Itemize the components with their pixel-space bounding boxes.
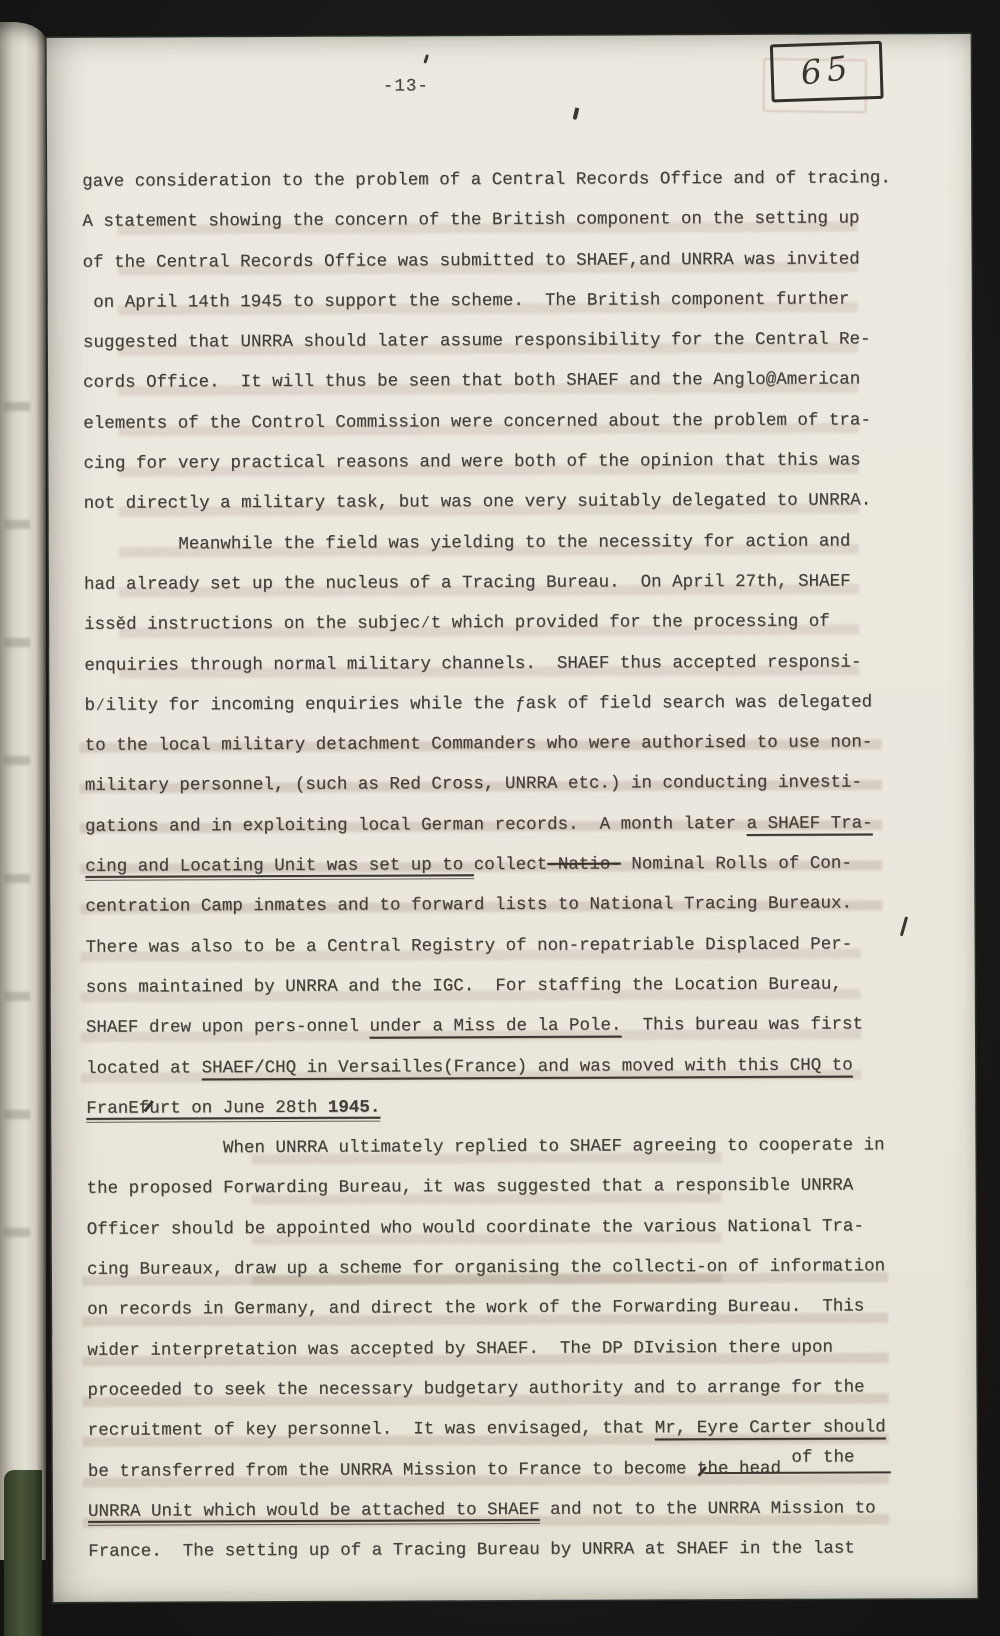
document-page: -13- 65 gave consideration to the proble… <box>47 34 978 1602</box>
text-segment: Mr, Eyre Carter should <box>655 1418 886 1439</box>
document-line: SHAEF drew upon pers-onnel under a Miss … <box>86 1004 966 1048</box>
text-segment: on April 14th 1945 to support the scheme… <box>83 289 850 312</box>
document-line: to the local military detachment Command… <box>85 722 965 766</box>
document-line: cords Office. It will thus be seen that … <box>83 360 963 404</box>
document-line: recruitment of key personnel. It was env… <box>88 1407 968 1451</box>
text-segment: enquiries through normal military channe… <box>84 652 861 675</box>
document-line: the proposed Forwarding Bureau, it was s… <box>87 1165 967 1209</box>
document-line: had already set up the nucleus of a Trac… <box>84 561 964 605</box>
text-segment: cords Office. It will thus be seen that … <box>83 370 860 393</box>
page-number: -13- <box>383 76 429 96</box>
text-segment: gations and in exploiting local German r… <box>85 814 747 837</box>
document-line: centration Camp inmates and to forward l… <box>85 883 965 927</box>
document-line: elements of the Control Commission were … <box>83 400 963 444</box>
text-segment: and not to the UNRRA Mission to <box>540 1498 876 1519</box>
text-segment: b⁄ility for incoming enquiries while the… <box>84 692 872 715</box>
text-segment: of the Central Records Office was submit… <box>83 249 860 272</box>
text-segment: Nominal Rolls of Con- <box>621 854 852 875</box>
text-segment: to the local military detachment Command… <box>85 733 873 756</box>
text-segment: Meanwhile the field was yielding to the … <box>84 531 851 554</box>
document-line: Meanwhile the field was yielding to the … <box>84 521 964 565</box>
text-segment: SHAEF/CHQ in Versailles(France) and was … <box>202 1055 853 1078</box>
text-segment: recruitment of key personnel. It was env… <box>88 1419 655 1441</box>
text-segment: elements of the Control Commission were … <box>83 410 871 433</box>
document-line: proceeded to seek the necessary budgetar… <box>87 1367 967 1411</box>
document-line: Officer should be appointed who would co… <box>87 1206 967 1250</box>
text-segment: 1945. <box>328 1097 381 1121</box>
text-segment: centration Camp inmates and to forward l… <box>85 894 852 917</box>
document-line: gations and in exploiting local German r… <box>85 803 965 847</box>
text-segment: France. The setting up of a Tracing Bure… <box>88 1539 855 1562</box>
book-cover-edge <box>4 1470 42 1636</box>
stray-mark <box>423 54 428 63</box>
text-segment: of the <box>791 1447 854 1467</box>
text-segment: issěd instructions on the subjec⁄t which… <box>84 612 830 635</box>
text-segment: A statement showing the concern of the B… <box>82 209 859 232</box>
text-segment: cing and Locating Unit was set up to <box>85 855 474 881</box>
document-line: wider interpretation was accepted by SHA… <box>87 1327 967 1371</box>
document-line: not directly a military task, but was on… <box>84 480 964 524</box>
text-segment: on records in Germany, and direct the wo… <box>87 1297 864 1320</box>
document-line: on records in Germany, and direct the wo… <box>87 1286 967 1330</box>
previous-page-bleed-rows <box>4 402 30 1302</box>
document-line: be transferred from the UNRRA Mission to… <box>88 1448 968 1492</box>
document-line: A statement showing the concern of the B… <box>82 198 962 242</box>
text-segment: -Natio- <box>547 855 621 875</box>
stray-mark <box>573 107 580 120</box>
document-line: cing for very practical reasons and were… <box>83 440 963 484</box>
typewritten-text: gave consideration to the problem of a C… <box>82 158 968 1572</box>
previous-page-edge <box>0 22 46 1560</box>
text-segment: wider interpretation was accepted by SHA… <box>87 1337 833 1360</box>
document-line: UNRRA Unit which would be attached to SH… <box>88 1488 968 1532</box>
text-segment: sons maintained by UNRRA and the IGC. Fo… <box>86 974 842 997</box>
text-segment: not directly a military task, but was on… <box>84 491 872 514</box>
document-line: on April 14th 1945 to support the scheme… <box>83 279 963 323</box>
text-segment: be transferred from the UNRRA Mission to… <box>88 1458 792 1481</box>
text-segment: gave consideration to the problem of a C… <box>82 168 891 192</box>
document-line: located at SHAEF/CHQ in Versailles(Franc… <box>86 1045 966 1089</box>
text-segment: located at <box>86 1058 202 1079</box>
document-line: of the Central Records Office was submit… <box>82 239 962 283</box>
text-segment: the proposed Forwarding Bureau, it was s… <box>87 1176 854 1199</box>
document-line: suggested that UNRRA should later assume… <box>83 319 963 363</box>
document-line: cing Bureaux, draw up a scheme for organ… <box>87 1246 967 1290</box>
text-segment: Officer should be appointed who would co… <box>87 1216 864 1239</box>
document-line: FranEfurt on June 28th 1945. <box>86 1085 966 1129</box>
text-segment: under a Miss de la Pole. <box>369 1016 621 1037</box>
text-segment: FranEfurt on June 28th <box>86 1098 328 1123</box>
text-segment: had already set up the nucleus of a Trac… <box>84 571 851 594</box>
text-segment: There was also to be a Central Registry … <box>86 934 853 957</box>
document-line: military personnel, (such as Red Cross, … <box>85 762 965 806</box>
document-line: issěd instructions on the subjec⁄t which… <box>84 601 964 645</box>
text-segment: military personnel, (such as Red Cross, … <box>85 773 862 796</box>
document-line: cing and Locating Unit was set up to col… <box>85 843 965 887</box>
document-line: gave consideration to the problem of a C… <box>82 158 962 202</box>
document-line: When UNRRA ultimately replied to SHAEF a… <box>86 1125 966 1169</box>
document-line: enquiries through normal military channe… <box>84 642 964 686</box>
document-line: France. The setting up of a Tracing Bure… <box>88 1528 968 1572</box>
stamp-number: 65 <box>798 47 854 92</box>
text-segment: cing Bureaux, draw up a scheme for organ… <box>87 1256 885 1279</box>
scanned-book-photo: -13- 65 gave consideration to the proble… <box>0 0 1000 1636</box>
text-segment: proceeded to seek the necessary budgetar… <box>87 1377 864 1400</box>
page-stamp-box: 65 <box>770 41 884 103</box>
text-segment: SHAEF drew upon pers-onnel <box>86 1017 370 1038</box>
document-line: sons maintained by UNRRA and the IGC. Fo… <box>86 964 966 1008</box>
document-line: b⁄ility for incoming enquiries while the… <box>84 682 964 726</box>
text-segment: collect <box>474 855 548 875</box>
text-segment: When UNRRA ultimately replied to SHAEF a… <box>86 1136 884 1159</box>
text-segment: a SHAEF Tra- <box>747 813 873 834</box>
document-line: There was also to be a Central Registry … <box>85 924 965 968</box>
text-segment: UNRRA Unit which would be attached to SH… <box>88 1500 540 1526</box>
text-segment: suggested that UNRRA should later assume… <box>83 330 871 353</box>
text-segment: cing for very practical reasons and were… <box>83 451 860 474</box>
text-segment: This bureau was first <box>621 1015 863 1036</box>
